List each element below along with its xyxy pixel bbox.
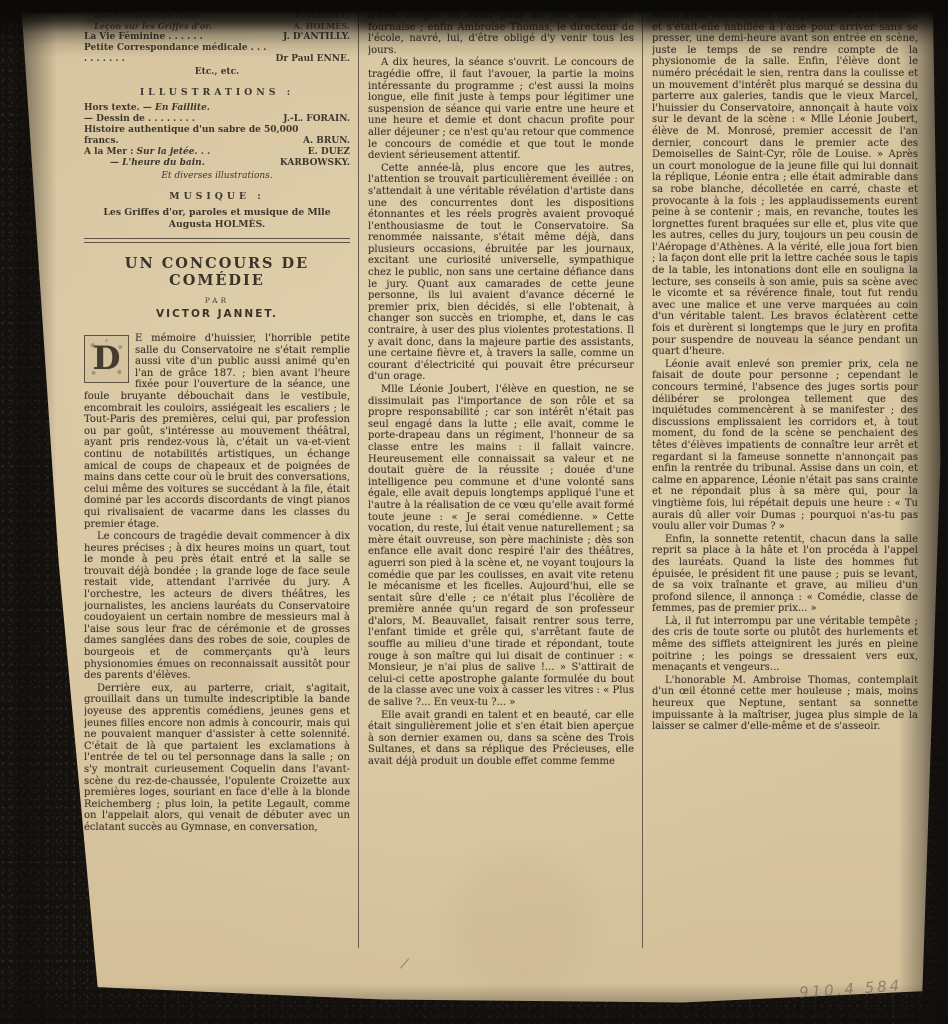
- body-paragraph: Là, il fut interrompu par une véritable …: [652, 616, 918, 674]
- diverses-line: Et diverses illustrations.: [84, 171, 350, 182]
- illustration-row: Histoire authentique d'un sabre de 50,00…: [84, 125, 350, 147]
- toc-row: Leçon sur les Griffes d'or. A. HOLMÈS.: [84, 21, 350, 32]
- illustration-row: Hors texte. — En Faillite.: [84, 103, 350, 114]
- toc-label: Leçon sur les Griffes d'or.: [94, 21, 290, 32]
- toc-row: La Vie Féminine . . . . . . J. D'ANTILLY…: [84, 32, 350, 43]
- illustration-row: — Dessin de . . . . . . . . J.-L. FORAIN…: [84, 114, 350, 125]
- illustration-author: J.-L. FORAIN.: [283, 114, 350, 125]
- body-paragraph: Léonie avait enlevé son premier prix, ce…: [652, 359, 918, 533]
- body-paragraph: Enfin, la sonnette retentit, chacun dans…: [652, 534, 918, 615]
- column-2: d'être obligés de venir pour un jour dan…: [368, 10, 643, 948]
- musique-line: Les Griffes d'or, paroles et musique de …: [84, 207, 350, 230]
- musique-credit: paroles et musique de Mlle Augusta HOLMÈ…: [169, 207, 331, 230]
- illustration-row: A la Mer : Sur la jetée. . . E. DUEZ: [84, 147, 350, 158]
- illustration-label: Hors texte. — En Faillite.: [84, 103, 350, 114]
- toc-row: Des Méthodes de chant . . F. MARCEL.: [84, 10, 350, 21]
- column-3: Aussi avait-elle déjeuné tranquillement …: [652, 10, 926, 948]
- body-paragraph: Mlle Léonie Joubert, l'élève en question…: [368, 384, 634, 709]
- illustration-label: — L'heure du bain.: [84, 158, 276, 169]
- byline-prefix: PAR: [84, 296, 350, 305]
- body-paragraph: L'honorable M. Ambroise Thomas, contempl…: [652, 675, 918, 733]
- body-paragraph: Derrière eux, au parterre, criait, s'agi…: [84, 683, 350, 834]
- photo-background: { "document": { "pencil_inscription": "9…: [0, 0, 948, 1024]
- illustration-label: Histoire authentique d'un sabre de 50,00…: [84, 125, 299, 147]
- musique-work-title: Les Griffes d'or,: [103, 207, 185, 218]
- body-paragraph: Elle avait grandi en talent et en beauté…: [368, 710, 634, 768]
- illustration-label: — Dessin de . . . . . . . .: [84, 114, 279, 125]
- toc-author: A. HOLMÈS.: [294, 21, 350, 32]
- toc-label: La Vie Féminine . . . . . .: [84, 32, 279, 43]
- toc-row: Petite Correspondance médicale . . . . .…: [84, 43, 350, 65]
- toc-author: F. MARCEL.: [296, 10, 350, 21]
- ornate-drop-cap: D: [84, 335, 129, 383]
- body-paragraph: d'être obligés de venir pour un jour dan…: [368, 10, 634, 56]
- toc-section: Des Méthodes de chant . . F. MARCEL. Leç…: [84, 10, 350, 230]
- work-title: En Faillite.: [155, 103, 210, 113]
- body-paragraph: A dix heures, la séance s'ouvrit. Le con…: [368, 57, 634, 161]
- illustration-author: E. DUEZ: [308, 147, 350, 158]
- illustration-author: KARBOWSKY.: [280, 158, 350, 169]
- body-paragraph: Le concours de tragédie devait commencer…: [84, 531, 350, 682]
- double-rule: [84, 238, 350, 243]
- musique-heading: MUSIQUE :: [84, 191, 350, 202]
- byline-author: VICTOR JANNET.: [84, 308, 350, 320]
- body-paragraph: Cette année-là, plus encore que les autr…: [368, 163, 634, 383]
- article-title: UN CONCOURS DE COMÉDIE: [84, 255, 350, 289]
- illustration-label: A la Mer : Sur la jetée. . .: [84, 147, 304, 158]
- toc-label: Petite Correspondance médicale . . . . .…: [84, 43, 272, 65]
- illustration-row: — L'heure du bain. KARBOWSKY.: [84, 158, 350, 169]
- toc-author: J. D'ANTILLY.: [283, 32, 350, 43]
- toc-label: Des Méthodes de chant . .: [94, 10, 292, 21]
- illustration-author: A. BRUN.: [303, 136, 350, 147]
- etc-line: Etc., etc.: [84, 67, 350, 78]
- body-paragraph: DE mémoire d'huissier, l'horrible petite…: [84, 333, 350, 530]
- page-content: Des Méthodes de chant . . F. MARCEL. Leç…: [84, 10, 926, 948]
- body-paragraph: Aussi avait-elle déjeuné tranquillement …: [652, 10, 918, 358]
- column-1: Des Méthodes de chant . . F. MARCEL. Leç…: [84, 10, 359, 948]
- toc-author: Dr Paul ENNE.: [276, 54, 350, 65]
- illustrations-heading: ILLUSTRATIONS :: [84, 87, 350, 98]
